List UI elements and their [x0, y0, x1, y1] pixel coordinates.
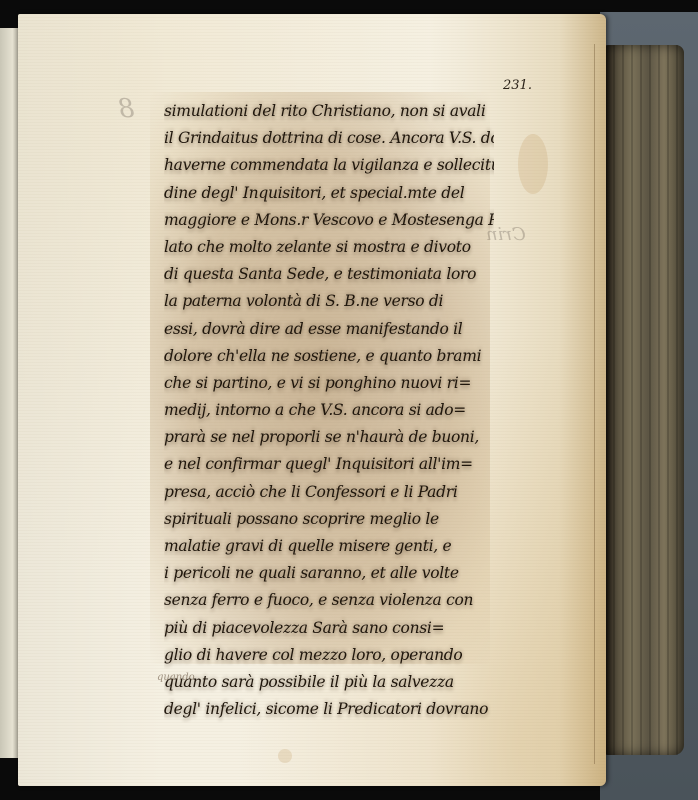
text-line: la paterna volontà di S. B.ne verso di — [164, 288, 494, 315]
page-fold-line — [594, 44, 595, 764]
bleed-through-mark: 8 — [118, 94, 135, 124]
text-line: degl' infelici, sicome li Predicatori do… — [164, 696, 494, 723]
text-line: spirituali possano scoprire meglio le — [164, 506, 494, 533]
text-line: presa, acciò che li Confessori e li Padr… — [164, 479, 494, 506]
text-line: prarà se nel proporli se n'haurà de buon… — [164, 424, 494, 451]
text-line: dolore ch'ella ne sostiene, e quanto bra… — [164, 343, 494, 370]
catchword: quando — [157, 672, 195, 683]
handwritten-text: simulationi del rito Christiano, non si … — [164, 98, 494, 723]
text-line: e nel confirmar quegl' Inquisitori all'i… — [164, 451, 494, 478]
text-line: che si partino, e vi si ponghino nuovi r… — [164, 370, 494, 397]
folio-number: 231. — [503, 78, 532, 93]
text-line: glio di havere col mezzo loro, operando — [164, 642, 494, 669]
text-line: medij, intorno a che V.S. ancora si ado= — [164, 397, 494, 424]
text-line: più di piacevolezza Sarà sano consi= — [164, 615, 494, 642]
foxing-stain — [518, 134, 548, 194]
text-line: i pericoli ne quali saranno, et alle vol… — [164, 560, 494, 587]
text-line: haverne commendata la vigilanza e sollec… — [164, 152, 494, 179]
text-line: quanto sarà possibile il più la salvezza — [164, 669, 494, 696]
text-line: senza ferro e fuoco, e senza violenza co… — [164, 587, 494, 614]
text-line: simulationi del rito Christiano, non si … — [164, 98, 494, 125]
book-fore-edge — [604, 45, 684, 755]
text-line: di questa Santa Sede, e testimoniata lor… — [164, 261, 494, 288]
text-line: dine degl' Inquisitori, et special.mte d… — [164, 180, 494, 207]
text-line: il Grindaitus dottrina di cose. Ancora V… — [164, 125, 494, 152]
text-line: lato che molto zelante si mostra e divot… — [164, 234, 494, 261]
text-line: malatie gravi di quelle misere genti, e — [164, 533, 494, 560]
text-line: essi, dovrà dire ad esse manifestando il — [164, 316, 494, 343]
foxing-stain — [278, 749, 292, 763]
left-page-edge — [0, 28, 20, 758]
text-line: maggiore e Mons.r Vescovo e Mostesenga P… — [164, 207, 494, 234]
